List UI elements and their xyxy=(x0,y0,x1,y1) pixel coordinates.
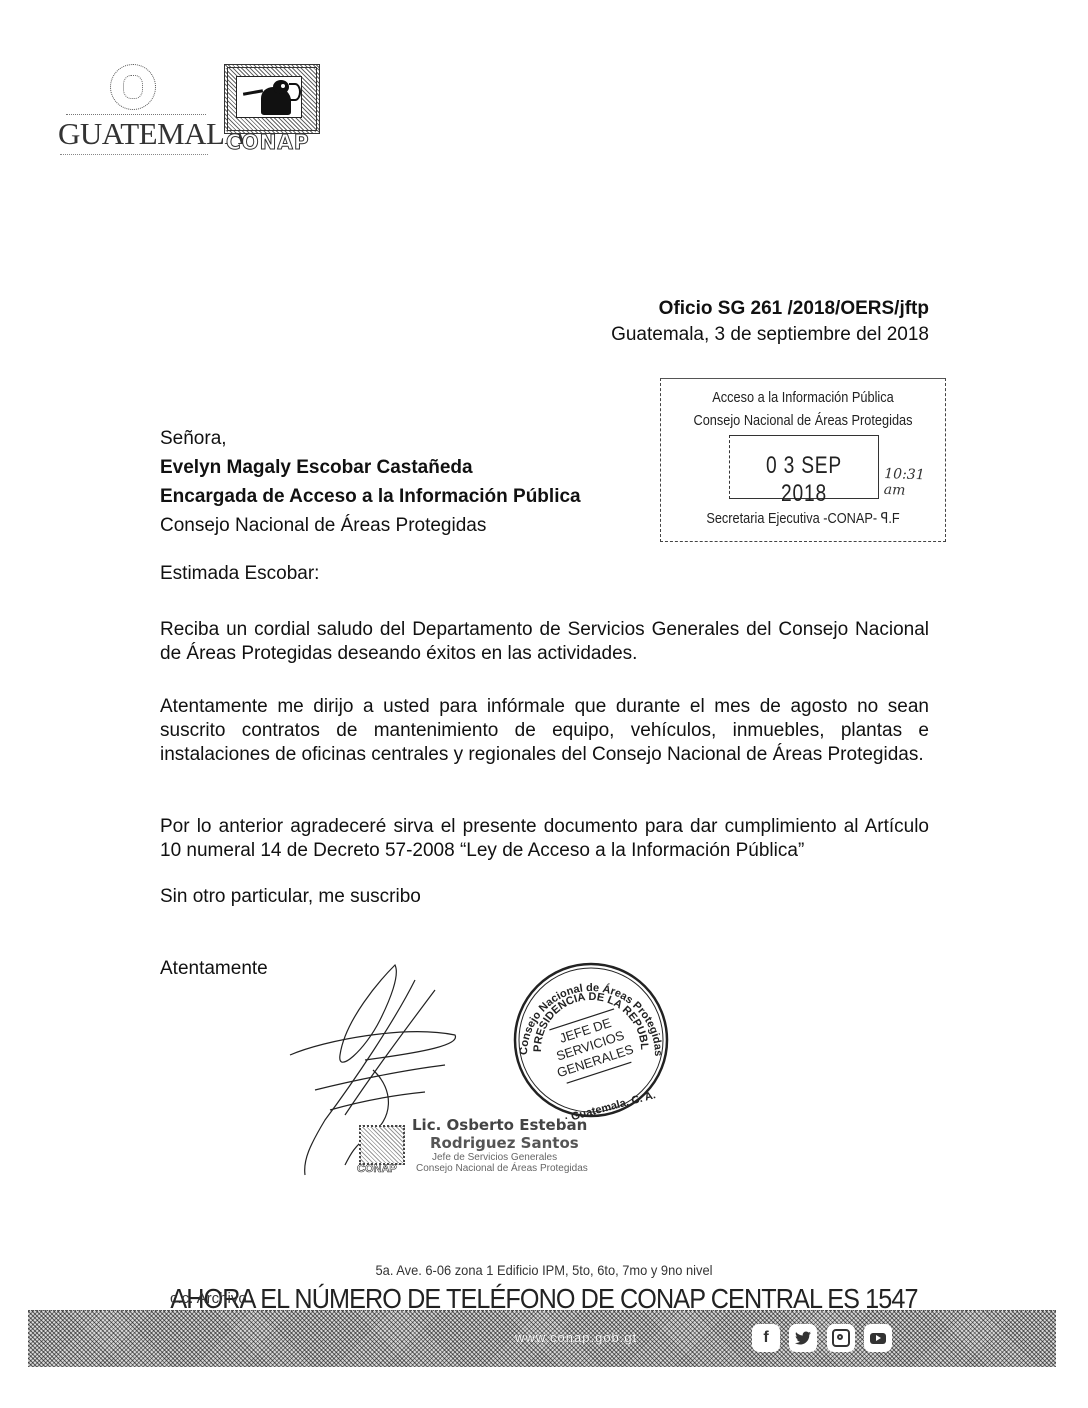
oficio-number: Oficio SG 261 /2018/OERS/jftp xyxy=(611,296,929,322)
twitter-icon xyxy=(789,1324,817,1352)
place-date: Guatemala, 3 de septiembre del 2018 xyxy=(611,322,929,348)
stamp-line-1: Acceso a la Información Pública xyxy=(682,389,923,406)
signer-title-line-1: Jefe de Servicios Generales xyxy=(432,1152,588,1163)
closing: Atentamente xyxy=(160,958,268,980)
paragraph-3: Por lo anterior agradeceré sirva el pres… xyxy=(160,815,929,863)
paragraph-1: Reciba un cordial saludo del Departament… xyxy=(160,618,929,666)
signer-conap-mini-logo: CONAP xyxy=(357,1125,405,1177)
reception-stamp: Acceso a la Información Pública Consejo … xyxy=(660,378,946,542)
signer-title-line-2: Consejo Nacional de Áreas Protegidas xyxy=(416,1163,588,1174)
guatemala-government-logo: GUATEMALA xyxy=(58,62,213,162)
cc-archive-note: c.c. Archivo xyxy=(170,1290,247,1307)
paragraph-4: Sin otro particular, me suscribo xyxy=(160,885,929,909)
signer-block: Lic. Osberto Esteban Rodriguez Santos Je… xyxy=(412,1116,588,1174)
instagram-icon xyxy=(827,1324,855,1352)
recipient-institution: Consejo Nacional de Áreas Protegidas xyxy=(160,511,581,540)
monkey-icon xyxy=(236,76,302,118)
paragraph-2: Atentamente me dirijo a usted para infór… xyxy=(160,695,929,767)
guatemala-logo-text: GUATEMALA xyxy=(58,116,246,152)
stamp-handwritten-time: 10:31 am xyxy=(883,466,945,500)
stamp-date: 0 3 SEP 2018 xyxy=(745,452,863,508)
conap-logo: CONAP xyxy=(224,64,316,156)
reference-block: Oficio SG 261 /2018/OERS/jftp Guatemala,… xyxy=(611,296,929,348)
recipient-name: Evelyn Magaly Escobar Castañeda xyxy=(160,453,581,482)
recipient-position: Encargada de Acceso a la Información Púb… xyxy=(160,482,581,511)
salutation: Señora, xyxy=(160,424,581,453)
coat-of-arms-icon xyxy=(110,64,156,110)
stamp-line-2: Consejo Nacional de Áreas Protegidas xyxy=(682,412,923,429)
signer-name-line-2: Rodriguez Santos xyxy=(430,1134,588,1152)
greeting: Estimada Escobar: xyxy=(160,563,319,585)
conap-logo-text: CONAP xyxy=(226,130,310,154)
youtube-icon xyxy=(864,1324,892,1352)
stamp-date-box: 0 3 SEP 2018 xyxy=(729,435,879,499)
facebook-icon: f xyxy=(752,1324,780,1352)
footer-website: www.conap.gob.gt xyxy=(515,1330,637,1345)
official-round-seal: Consejo Nacional de Áreas Protegidas "CO… xyxy=(505,960,675,1120)
stamp-line-3: Secretaria Ejecutiva -CONAP- ꟼ.F xyxy=(682,509,923,527)
footer-address: 5a. Ave. 6-06 zona 1 Edificio IPM, 5to, … xyxy=(44,1262,1045,1278)
signer-name-line-1: Lic. Osberto Esteban xyxy=(412,1116,588,1134)
recipient-block: Señora, Evelyn Magaly Escobar Castañeda … xyxy=(160,424,581,540)
